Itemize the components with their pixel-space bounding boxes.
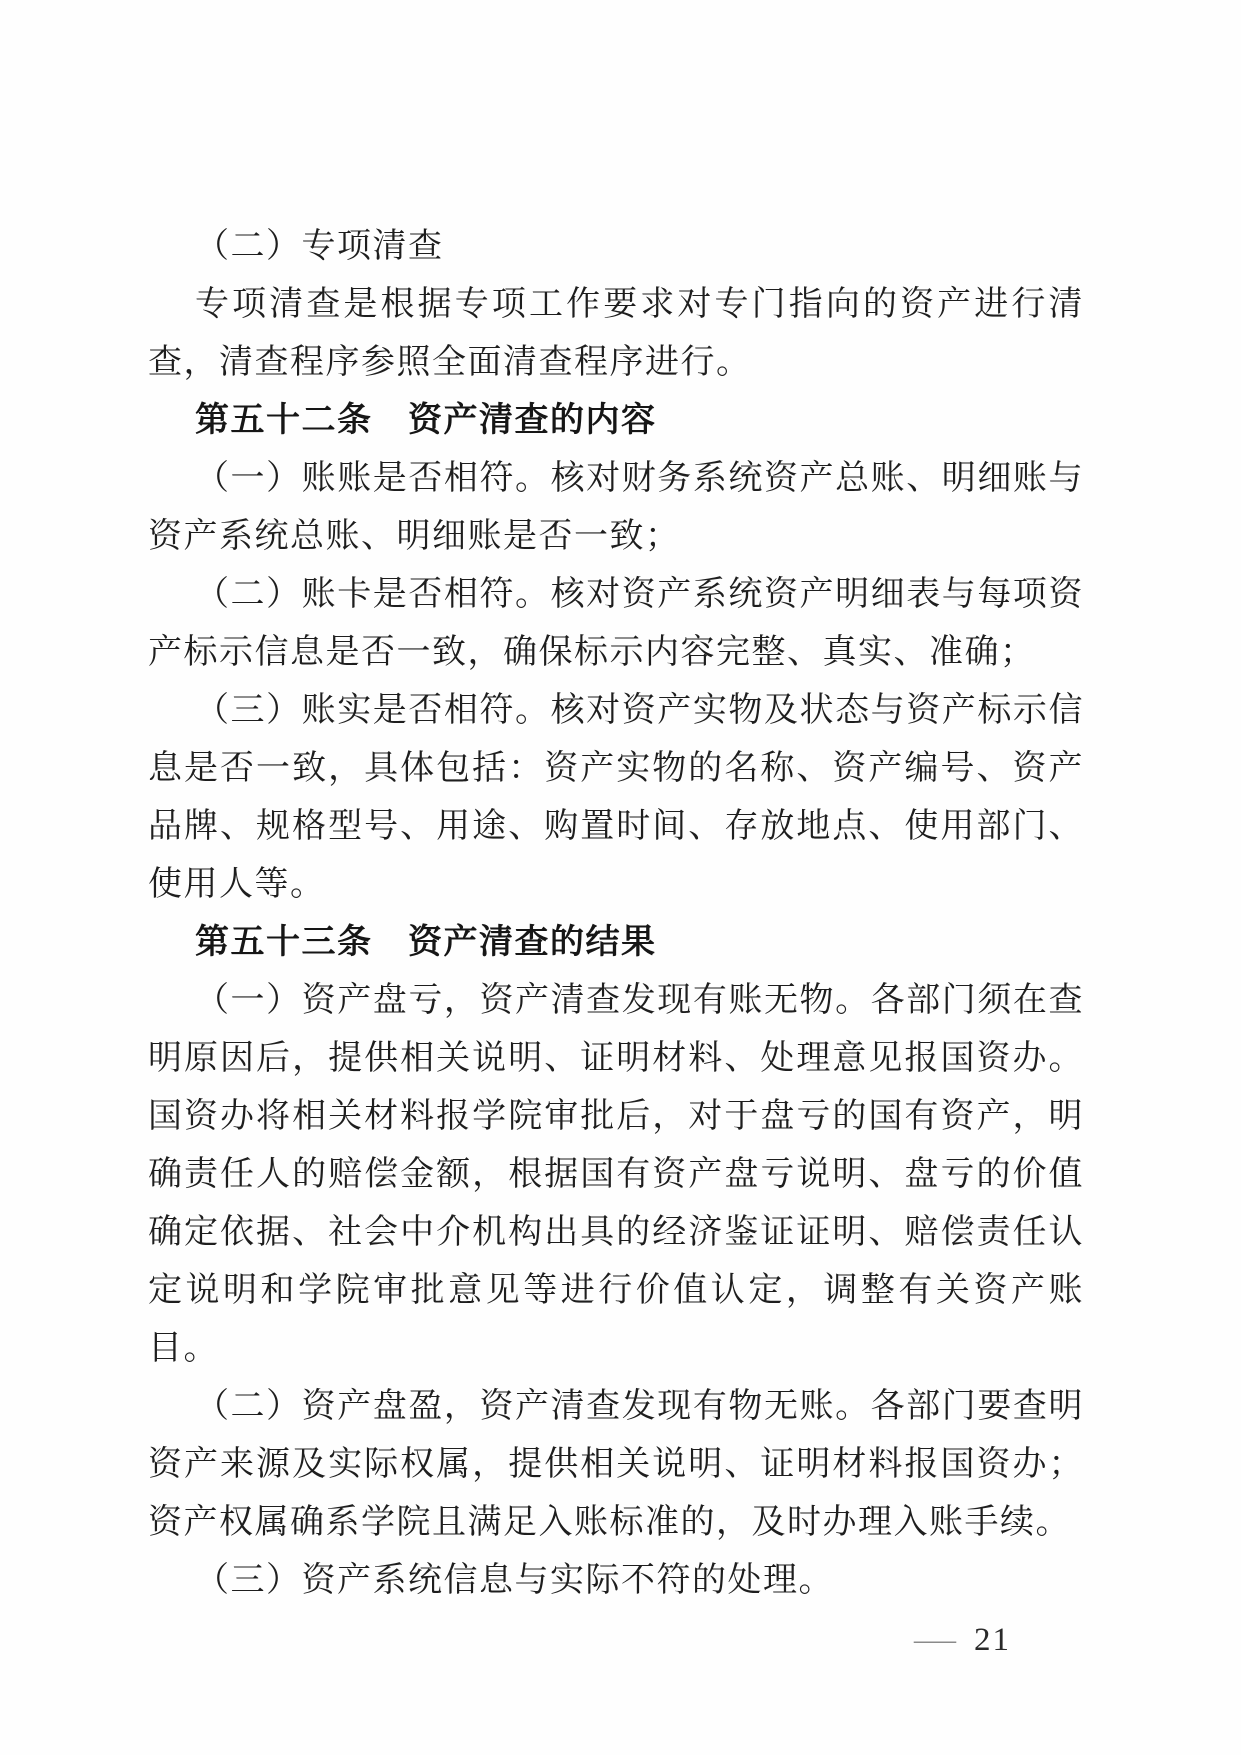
paragraph: （一）账账是否相符。核对财务系统资产总账、明细账与资产系统总账、明细账是否一致； xyxy=(148,450,1084,566)
document-body: （二）专项清查专项清查是根据专项工作要求对专门指向的资产进行清查，清查程序参照全… xyxy=(148,218,1084,1610)
paragraph: 专项清查是根据专项工作要求对专门指向的资产进行清查，清查程序参照全面清查程序进行… xyxy=(148,276,1084,392)
page-number: 21 xyxy=(974,1620,1011,1660)
paragraph: （三）资产系统信息与实际不符的处理。 xyxy=(148,1552,1084,1610)
page-number-dash: — xyxy=(914,1620,956,1660)
paragraph: （二）资产盘盈，资产清查发现有物无账。各部门要查明资产来源及实际权属，提供相关说… xyxy=(148,1378,1084,1552)
paragraph: （一）资产盘亏，资产清查发现有账无物。各部门须在查明原因后，提供相关说明、证明材… xyxy=(148,972,1084,1378)
page-footer: — 21 xyxy=(920,1620,1011,1660)
document-page: （二）专项清查专项清查是根据专项工作要求对专门指向的资产进行清查，清查程序参照全… xyxy=(0,0,1241,1755)
section-heading: 第五十三条 资产清查的结果 xyxy=(148,914,1084,972)
paragraph: （三）账实是否相符。核对资产实物及状态与资产标示信息是否一致，具体包括：资产实物… xyxy=(148,682,1084,914)
section-heading: 第五十二条 资产清查的内容 xyxy=(148,392,1084,450)
paragraph: （二）账卡是否相符。核对资产系统资产明细表与每项资产标示信息是否一致，确保标示内… xyxy=(148,566,1084,682)
paragraph: （二）专项清查 xyxy=(148,218,1084,276)
